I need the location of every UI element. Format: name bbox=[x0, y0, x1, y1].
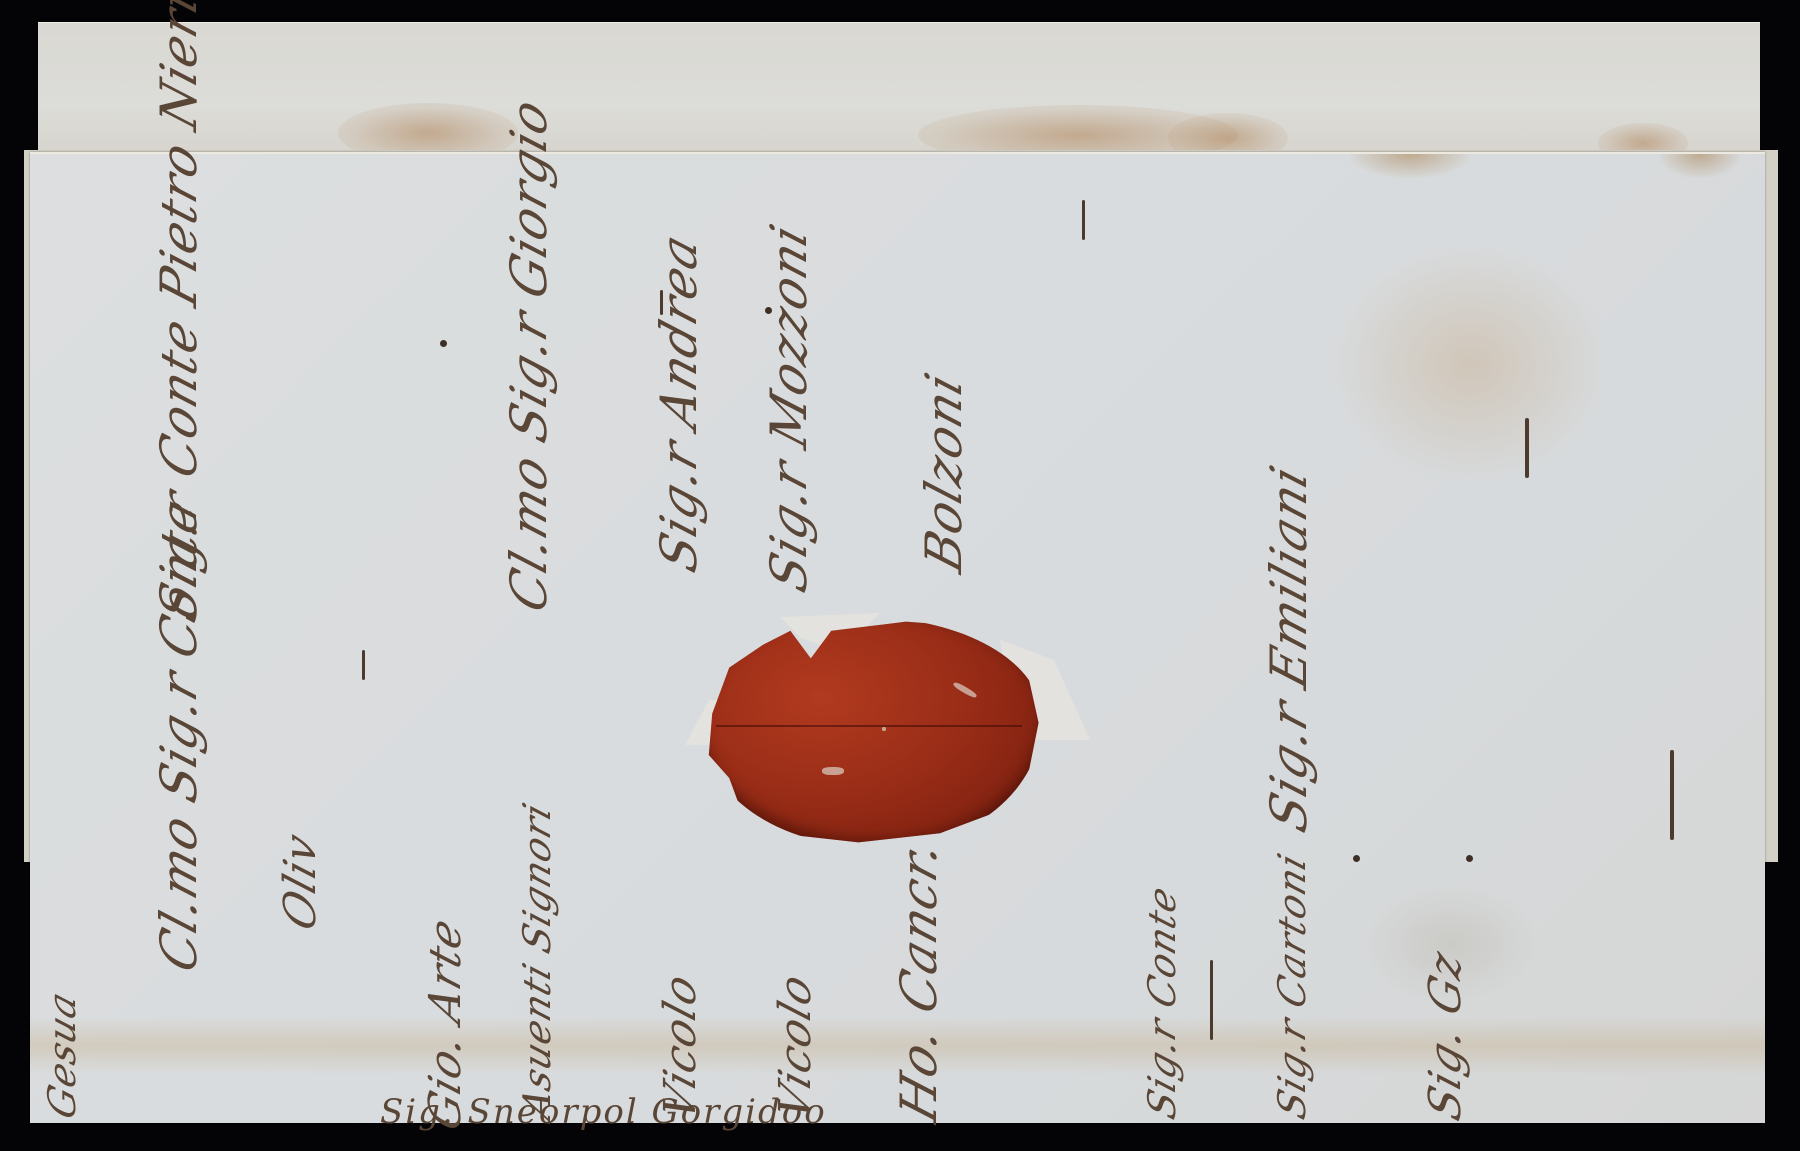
back-flap bbox=[38, 22, 1760, 161]
seal-fleck bbox=[822, 767, 844, 775]
handwriting-line: Oliv bbox=[275, 827, 326, 937]
ink-dash bbox=[362, 650, 365, 680]
handwriting-bottom-line: Sig. Sneorpol Gorgidoo bbox=[380, 1092, 827, 1132]
handwriting-line: Sig.r Mozzoni bbox=[760, 217, 818, 599]
ink-dash bbox=[660, 290, 663, 315]
ink-dot bbox=[1466, 855, 1473, 862]
seal-fleck bbox=[952, 681, 978, 699]
handwriting-line: Sig. Gz bbox=[1420, 944, 1471, 1126]
ink-dot bbox=[440, 340, 447, 347]
handwriting-line: Asuenti Signori bbox=[515, 797, 559, 1124]
handwriting-line: Bolzoni bbox=[915, 366, 973, 579]
wax-seal bbox=[702, 617, 1042, 847]
handwriting-line: Sig.r Andrea bbox=[650, 226, 708, 578]
ink-dash bbox=[1525, 418, 1529, 478]
ink-dash bbox=[1210, 960, 1213, 1040]
seal-fleck bbox=[882, 727, 886, 731]
handwriting-line: Gesua bbox=[40, 986, 84, 1125]
handwriting-line: Cl.mo Sig.r Giorgio bbox=[500, 91, 558, 618]
ink-dot bbox=[1353, 855, 1360, 862]
edge-stain bbox=[1350, 154, 1470, 178]
handwriting-line: Sig.r Emiliani bbox=[1260, 458, 1318, 839]
ink-dot bbox=[765, 307, 772, 314]
document-photo: Sig.r Conte Pietro Nieri Cl.mo Sig.r Con… bbox=[0, 0, 1800, 1151]
edge-stain bbox=[1660, 154, 1740, 178]
handwriting-line: Cl.mo Sig.r Conte bbox=[150, 491, 208, 979]
ink-dash bbox=[1670, 750, 1674, 840]
ink-dash bbox=[1082, 200, 1085, 240]
handwriting-line: Sig.r Cartoni bbox=[1270, 847, 1314, 1124]
handwriting-line: Sig.r Conte bbox=[1140, 880, 1184, 1124]
